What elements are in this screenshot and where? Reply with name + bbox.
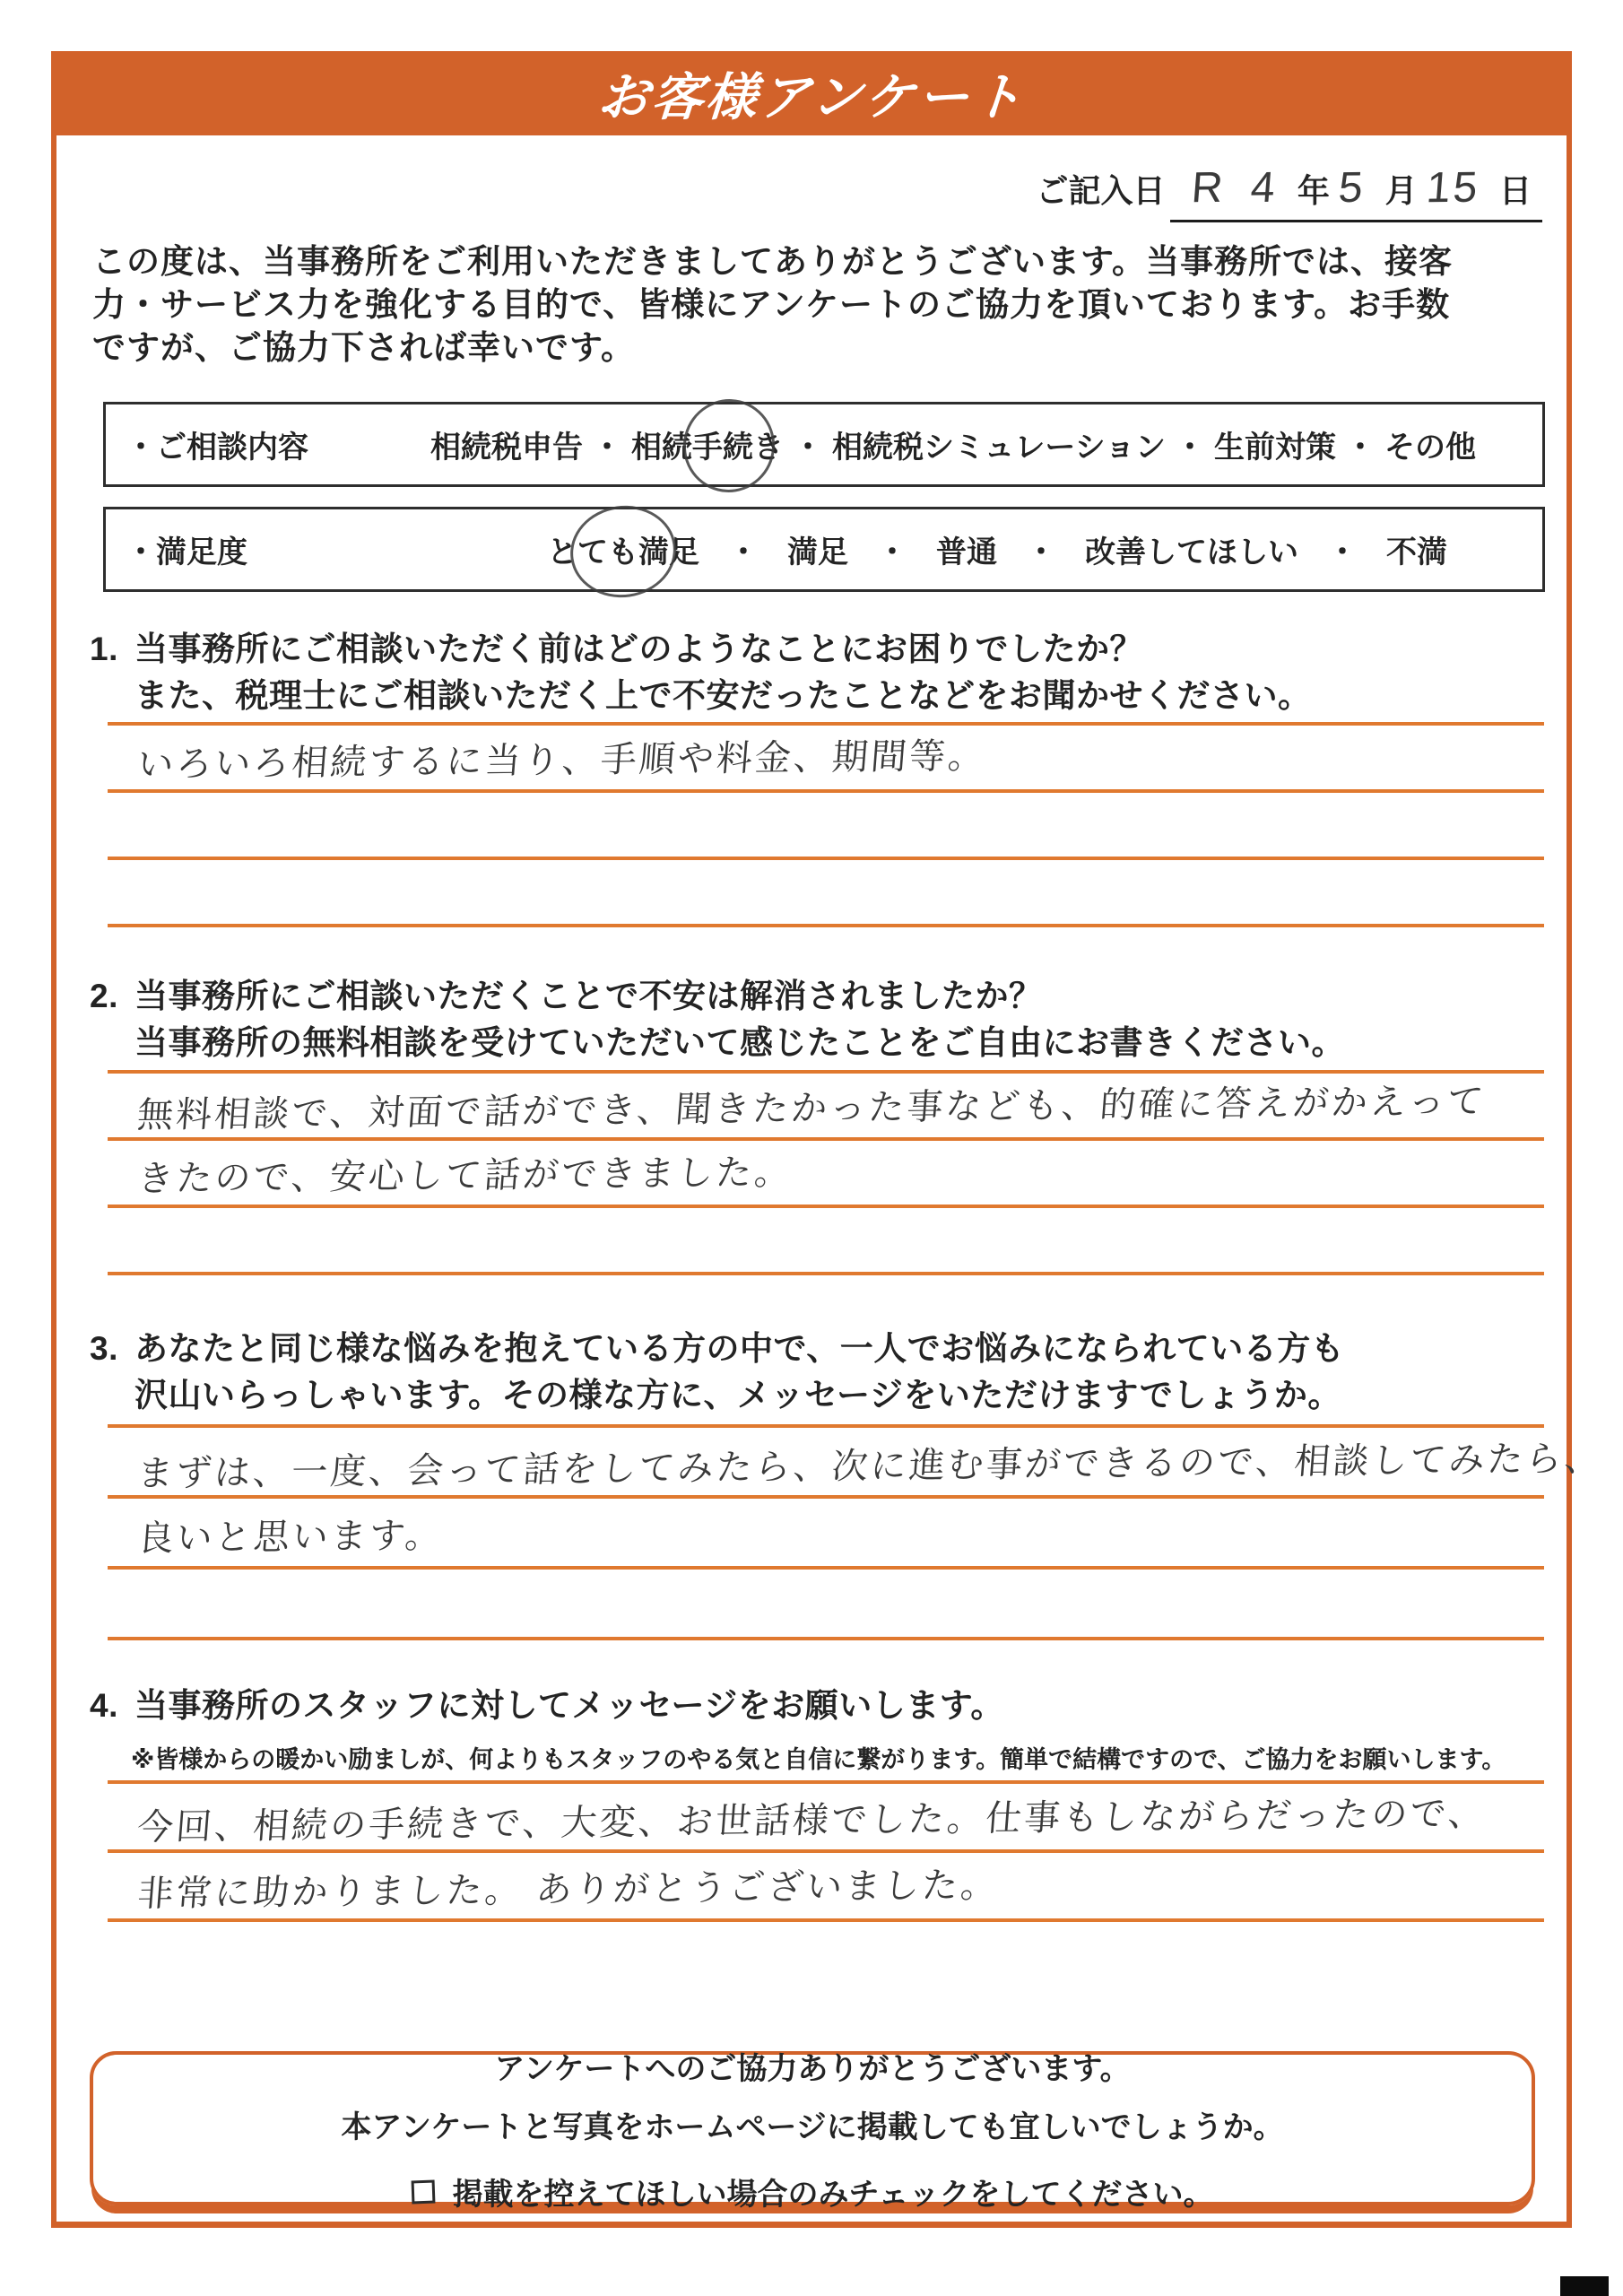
question-4-number: 4. — [90, 1683, 135, 1729]
intro-line-2: 力・サービス力を強化する目的で、皆様にアンケートのご協力を頂いております。お手数 — [92, 283, 1554, 326]
question-3-line-2: 沢山いらっしゃいます。その様な方に、メッセージをいただけますでしょうか。 — [135, 1372, 1344, 1419]
option-souzoku-tetsuzuki-circled: 相続手続き — [631, 422, 784, 466]
question-2-answer-area: 無料相談で、対面で話ができ、聞きたかった事なども、的確に答えがかえって きたので… — [108, 1070, 1544, 1275]
answer-line — [108, 793, 1544, 860]
intro-paragraph: この度は、当事務所をご利用いただきましてありがとうございます。当事務所では、接客… — [92, 240, 1554, 370]
date-year-unit: 年 — [1298, 166, 1330, 212]
question-1-line-2: また、税理士にご相談いただく上で不安だったことなどをお聞かせください。 — [135, 673, 1312, 719]
option-manzoku: 満足 — [787, 527, 848, 571]
handwritten-answer: 今回、相続の手続きで、大変、お世話様でした。仕事もしながらだったので、 — [135, 1785, 1488, 1850]
question-3-number: 3. — [90, 1326, 135, 1419]
footer-checkbox-row: 掲載を控えてほしい場合のみチェックをしてください。 — [412, 2170, 1214, 2213]
consultation-type-box: ・ご相談内容 相続税申告 ・ 相続手続き ・ 相続税シミュレーション ・ 生前対… — [103, 402, 1545, 487]
answer-line: 非常に助かりました。 ありがとうございました。 — [108, 1853, 1544, 1922]
page-title: お客様アンケート — [595, 57, 1028, 130]
scanned-survey-page: { "header": { "title": "お客様アンケート" }, "da… — [0, 0, 1623, 2296]
footer-thanks-line: アンケートへのご協力ありがとうございます。 — [494, 2044, 1130, 2088]
option-totemo-manzoku-circled: とても満足 — [547, 527, 699, 571]
intro-line-1: この度は、当事務所をご利用いただきましてありがとうございます。当事務所では、接客 — [92, 240, 1554, 283]
handwritten-circle-mark — [673, 389, 785, 502]
question-2-text: 2. 当事務所にご相談いただくことで不安は解消されましたか？ 当事務所の無料相談… — [90, 973, 1551, 1066]
satisfaction-box: ・満足度 とても満足 ・ 満足 ・ 普通 ・ 改善してほしい ・ 不満 — [103, 507, 1545, 592]
handwritten-answer: いろいろ相続するに当り、手順や料金、期間等。 — [135, 727, 988, 787]
question-1-text: 1. 当事務所にご相談いただく前はどのようなことにお困りでしたか？ また、税理士… — [90, 626, 1551, 719]
answer-line: 今回、相続の手続きで、大変、お世話様でした。仕事もしながらだったので、 — [108, 1784, 1544, 1853]
question-4-note: ※皆様からの暖かい励ましが、何よりもスタッフのやる気と自信に繋がります。簡単で結… — [131, 1740, 1548, 1775]
question-3-text: 3. あなたと同じ様な悩みを抱えている方の中で、一人でお悩みになられている方も … — [90, 1326, 1551, 1419]
question-4-answer-area: 今回、相続の手続きで、大変、お世話様でした。仕事もしながらだったので、 非常に助… — [108, 1780, 1544, 1922]
question-2-line-2: 当事務所の無料相談を受けていただいて感じたことをご自由にお書きください。 — [135, 1020, 1345, 1066]
question-1-number: 1. — [90, 626, 135, 719]
answer-line: 良いと思います。 — [108, 1499, 1544, 1570]
date-month-handwritten: 5 — [1337, 163, 1367, 213]
option-souzokuzei-simulation: 相続税シミュレーション — [832, 422, 1166, 466]
option-separator: ・ — [728, 527, 759, 571]
option-separator: ・ — [592, 422, 622, 466]
answer-line — [108, 1570, 1544, 1640]
date-month-unit: 月 — [1385, 166, 1418, 212]
date-year-handwritten: 4 — [1249, 163, 1280, 213]
option-sonota: その他 — [1384, 422, 1476, 466]
answer-line — [108, 860, 1544, 927]
option-separator: ・ — [1175, 422, 1205, 466]
handwritten-answer: きたので、安心して話ができました。 — [135, 1144, 794, 1202]
date-era-handwritten: R — [1190, 163, 1228, 213]
question-2-line-1: 当事務所にご相談いただくことで不安は解消されましたか？ — [135, 973, 1345, 1020]
option-separator: ・ — [793, 422, 823, 466]
header-banner: お客様アンケート — [51, 51, 1572, 135]
option-separator: ・ — [1345, 422, 1376, 466]
option-separator: ・ — [1026, 527, 1056, 571]
answer-line: きたので、安心して話ができました。 — [108, 1141, 1544, 1208]
footer-publish-question: 本アンケートと写真をホームページに掲載しても宜しいでしょうか。 — [341, 2102, 1283, 2146]
question-1-line-1: 当事務所にご相談いただく前はどのようなことにお困りでしたか？ — [135, 626, 1312, 673]
footer-consent-box: アンケートへのご協力ありがとうございます。 本アンケートと写真をホームページに掲… — [90, 2051, 1535, 2205]
handwritten-circle-mark — [564, 499, 681, 604]
scan-artifact — [1560, 2276, 1609, 2296]
question-4-line-1: 当事務所のスタッフに対してメッセージをお願いします。 — [135, 1683, 1004, 1729]
option-seizen-taisaku: 生前対策 — [1214, 422, 1336, 466]
option-separator: ・ — [877, 527, 907, 571]
question-2-number: 2. — [90, 973, 135, 1066]
intro-line-3: ですが、ご協力下されば幸いです。 — [92, 326, 1554, 370]
satisfaction-options: とても満足 ・ 満足 ・ 普通 ・ 改善してほしい ・ 不満 — [547, 527, 1447, 571]
question-1-answer-area: いろいろ相続するに当り、手順や料金、期間等。 — [108, 722, 1544, 927]
option-separator: ・ — [1327, 527, 1358, 571]
handwritten-answer: 良いと思います。 — [136, 1507, 446, 1561]
handwritten-answer: 非常に助かりました。 ありがとうございました。 — [135, 1857, 1001, 1917]
fill-date-row: ご記入日 R 4 年 5 月 15 日 — [1036, 163, 1542, 222]
option-futsuu: 普通 — [936, 527, 997, 571]
date-day-unit: 日 — [1499, 166, 1532, 212]
question-4-text: 4. 当事務所のスタッフに対してメッセージをお願いします。 — [90, 1683, 1551, 1729]
consultation-options: 相続税申告 ・ 相続手続き ・ 相続税シミュレーション ・ 生前対策 ・ その他 — [430, 422, 1476, 466]
handwritten-answer: 無料相談で、対面で話ができ、聞きたかった事なども、的確に答えがかえって — [135, 1073, 1488, 1138]
decline-publish-checkbox[interactable] — [411, 2180, 435, 2205]
date-day-handwritten: 15 — [1424, 163, 1481, 213]
option-souzokuzei-shinkoku: 相続税申告 — [430, 422, 583, 466]
answer-line — [108, 1208, 1544, 1275]
handwritten-answer: まずは、一度、会って話をしてみたら、次に進む事ができるので、相談してみたら、 — [135, 1430, 1605, 1496]
date-label: ご記入日 — [1036, 166, 1165, 212]
option-fuman: 不満 — [1386, 527, 1447, 571]
question-3-answer-area: まずは、一度、会って話をしてみたら、次に進む事ができるので、相談してみたら、 良… — [108, 1424, 1544, 1640]
date-underline: R 4 年 5 月 15 日 — [1170, 163, 1542, 222]
answer-line: 無料相談で、対面で話ができ、聞きたかった事なども、的確に答えがかえって — [108, 1074, 1544, 1141]
option-kaizen: 改善してほしい — [1085, 527, 1298, 571]
satisfaction-label: ・満足度 — [106, 527, 430, 571]
decline-publish-checkbox-label: 掲載を控えてほしい場合のみチェックをしてください。 — [453, 2170, 1214, 2213]
answer-line: まずは、一度、会って話をしてみたら、次に進む事ができるので、相談してみたら、 — [108, 1428, 1544, 1499]
answer-line: いろいろ相続するに当り、手順や料金、期間等。 — [108, 726, 1544, 793]
question-3-line-1: あなたと同じ様な悩みを抱えている方の中で、一人でお悩みになられている方も — [135, 1326, 1344, 1372]
consultation-type-label: ・ご相談内容 — [106, 422, 430, 466]
